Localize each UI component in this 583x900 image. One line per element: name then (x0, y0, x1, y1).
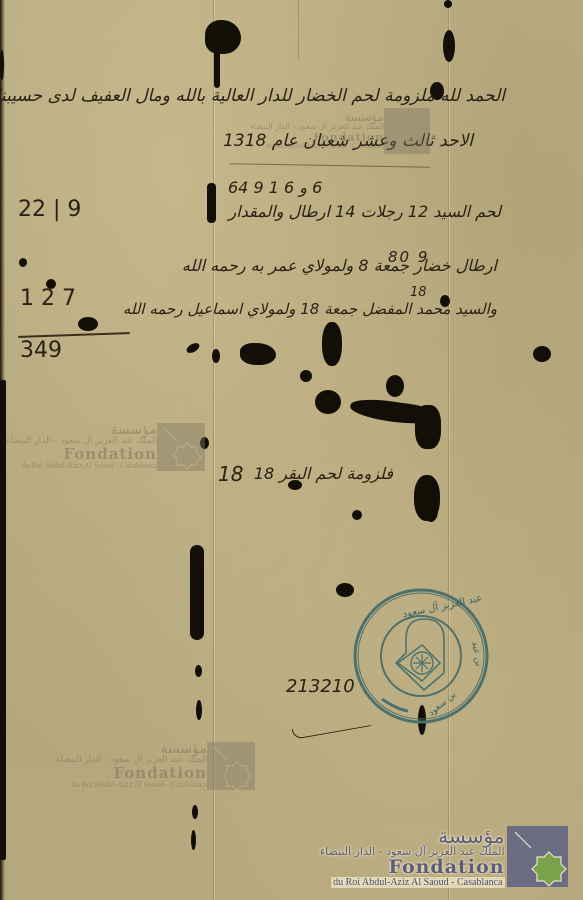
document-page: الحمد لله ملزومة لحم الخضار للدار العالي… (0, 0, 583, 900)
official-seal: عبد العزيز آل سعود بن عبد بن سعود (352, 587, 490, 725)
foundation-logo-icon (384, 108, 430, 154)
margin-note: 349 (20, 338, 62, 363)
margin-note: 22 | 9 (18, 197, 81, 222)
fold-crease (298, 0, 299, 60)
foundation-watermark-main: مؤسسة الملك عبد العزيز آل سعود - الدار ا… (320, 826, 568, 888)
manuscript-line: ارطال خضار جمعة 8 ولمولاي عمر به رحمه ال… (182, 256, 497, 275)
foundation-watermark: مؤسسة الملك عبد العزيز آل سعود - الدار ا… (56, 742, 255, 790)
lower-total: 18 (218, 462, 243, 486)
signature-reference: 213210 (286, 676, 355, 697)
manuscript-line: الحمد لله ملزومة لحم الخضار للدار العالي… (0, 86, 505, 106)
foundation-watermark: مؤسسة الملك عبد العزيز آل سعود - الدار ا… (250, 108, 430, 154)
numerals-above: 6 و 6 1 9 64 (228, 178, 322, 197)
foundation-watermark: مؤسسة الملك عبد العزيز آل سعود - الدار ا… (6, 423, 205, 471)
foundation-logo-icon (157, 423, 205, 471)
foundation-logo-icon (507, 826, 568, 887)
manuscript-line: لحم السيد 12 رجلات 14 ارطال والمقدار (228, 202, 501, 221)
manuscript-line: والسيد محمد المفضل جمعة 18 ولمولاي اسماع… (123, 300, 497, 318)
underline-stroke (230, 163, 430, 167)
manuscript-line: فلزومة لحم البقر 18 (254, 464, 393, 483)
margin-note: 1 2 7 (20, 286, 76, 311)
numeral-18: 18 (410, 285, 427, 300)
foundation-logo-icon (207, 742, 255, 790)
